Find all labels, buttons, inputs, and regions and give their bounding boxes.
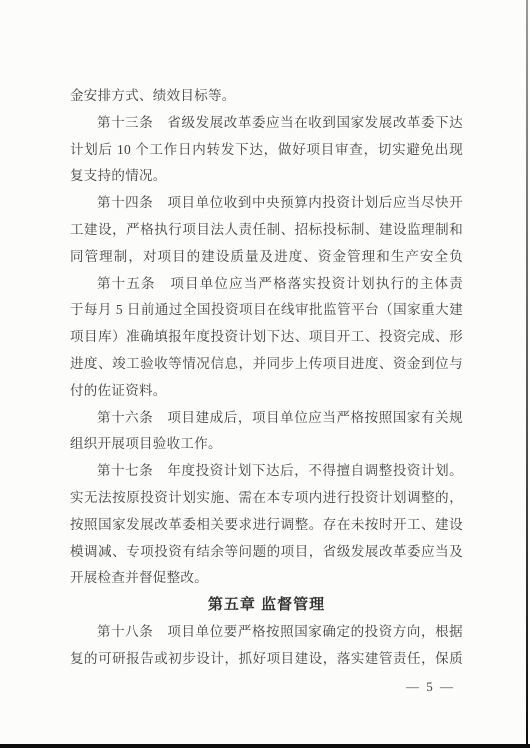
body-line: 按照国家发展改革委相关要求进行调整。存在未按时开工、建设规 [70, 512, 463, 539]
page-number: — 5 — [70, 674, 463, 700]
body-line: 实无法按原投资计划实施、需在本专项内进行投资计划调整的，应 [70, 485, 463, 512]
scan-edge-right-line [526, 0, 528, 748]
body-line: 模调减、专项投资有结余等问题的项目，省级发展改革委应当及时 [70, 539, 463, 566]
scan-edge-bottom-line [0, 744, 530, 748]
body-line: 于每月 5 日前通过全国投资项目在线审批监管平台（国家重大建设 [70, 297, 463, 324]
body-line-article-13: 第十三条 省级发展改革委应当在收到国家发展改革委下达 [70, 110, 463, 137]
body-line: 复的可研报告或初步设计，抓好项目建设，落实建管责任，保质保 [70, 646, 463, 673]
chapter-heading: 第五章 监督管理 [70, 592, 463, 619]
body-line-article-18: 第十八条 项目单位要严格按照国家确定的投资方向，根据批 [70, 619, 463, 646]
body-line: 计划后 10 个工作日内转发下达，做好项目审查，切实避免出现重 [70, 137, 463, 164]
body-line: 金安排方式、绩效目标等。 [70, 83, 463, 110]
body-line-article-14: 第十四条 项目单位收到中央预算内投资计划后应当尽快开 [70, 190, 463, 217]
body-line: 复支持的情况。 [70, 163, 463, 190]
document-page: 金安排方式、绩效目标等。 第十三条 省级发展改革委应当在收到国家发展改革委下达 … [0, 0, 530, 748]
body-line: 项目库）准确填报年度投资计划下达、项目开工、投资完成、形象 [70, 324, 463, 351]
body-line: 付的佐证资料。 [70, 378, 463, 405]
body-line: 工建设，严格执行项目法人责任制、招标投标制、建设监理制和合 [70, 217, 463, 244]
body-line-article-16: 第十六条 项目建成后，项目单位应当严格按照国家有关规定 [70, 405, 463, 432]
document-text-block: 金安排方式、绩效目标等。 第十三条 省级发展改革委应当在收到国家发展改革委下达 … [70, 83, 463, 700]
body-line: 开展检查并督促整改。 [70, 565, 463, 592]
body-line-article-17: 第十七条 年度投资计划下达后，不得擅自调整投资计划。确 [70, 458, 463, 485]
body-line: 组织开展项目验收工作。 [70, 431, 463, 458]
body-line: 同管理制，对项目的建设质量及进度、资金管理和生产安全负责。 [70, 244, 463, 271]
body-line: 进度、竣工验收等情况信息，并同步上传项目进度、资金到位与支 [70, 351, 463, 378]
body-line-article-15: 第十五条 项目单位应当严格落实投资计划执行的主体责任， [70, 271, 463, 298]
